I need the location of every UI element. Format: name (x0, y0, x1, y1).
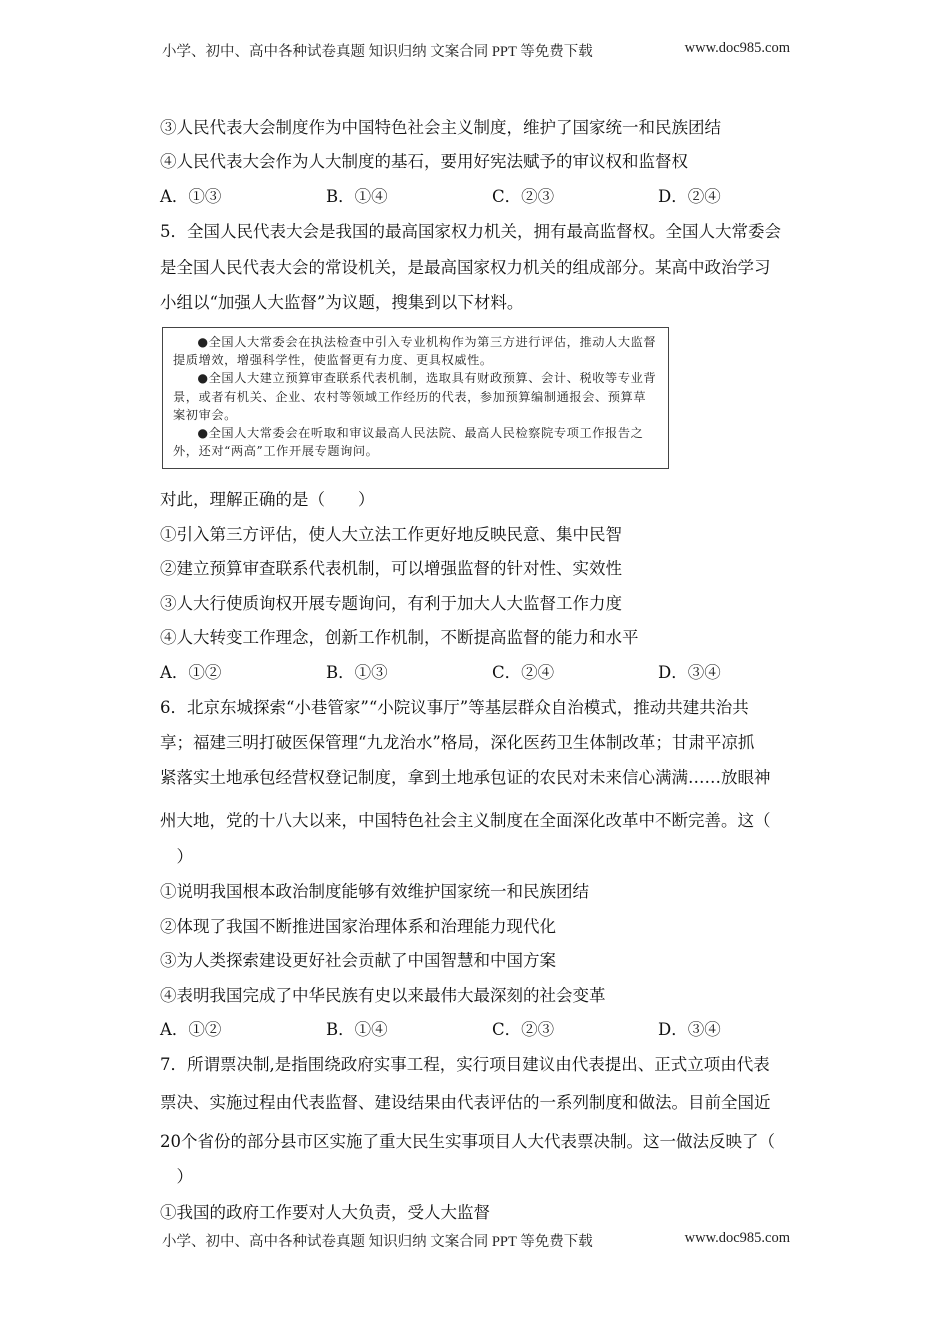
q6-option-a[interactable]: A．①② (160, 1019, 221, 1041)
footer-url: www.doc985.com (685, 1230, 790, 1251)
q5-option-a[interactable]: A．①② (160, 662, 221, 684)
q4-option-d[interactable]: D．②④ (658, 186, 721, 208)
q6-option-c[interactable]: C．②③ (492, 1019, 554, 1041)
q5-statement-2: ②建立预算审查联系代表机制，可以增强监督的针对性、实效性 (160, 558, 800, 580)
material-item-1: ●全国人大常委会在执法检查中引入专业机构作为第三方进行评估，推动人大监督提质增效… (173, 333, 658, 369)
q6-statement-1: ①说明我国根本政治制度能够有效维护国家统一和民族团结 (160, 881, 800, 903)
q4-option-a[interactable]: A．①③ (160, 186, 221, 208)
q5-statement-1: ①引入第三方评估，使人大立法工作更好地反映民意、集中民智 (160, 524, 800, 546)
q5-statement-4: ④人大转变工作理念，创新工作机制，不断提高监督的能力和水平 (160, 627, 800, 649)
q6-option-b[interactable]: B．①④ (326, 1019, 388, 1041)
q7-stem-line-3: 20个省份的部分县市区实施了重大民生实事项目人大代表票决制。这一做法反映了（ (160, 1131, 800, 1153)
material-item-3: ●全国人大常委会在听取和审议最高人民法院、最高人民检察院专项工作报告之外，还对“… (173, 424, 658, 460)
q5-stem-line-1: 5．全国人民代表大会是我国的最高国家权力机关，拥有最高监督权。全国人大常委会 (160, 221, 800, 243)
footer-text: 小学、初中、高中各种试卷真题 知识归纳 文案合同 PPT 等免费下载 (162, 1230, 593, 1251)
q6-stem-line-1: 6．北京东城探索“小巷管家”“小院议事厅”等基层群众自治模式，推动共建共治共 (160, 697, 800, 719)
q5-option-c[interactable]: C．②④ (492, 662, 554, 684)
q4-statement-3: ③人民代表大会制度作为中国特色社会主义制度，维护了国家统一和民族团结 (160, 117, 800, 139)
q5-stem-line-3: 小组以“加强人大监督”为议题，搜集到以下材料。 (160, 292, 800, 314)
q7-statement-1: ①我国的政府工作要对人大负责，受人大监督 (160, 1202, 800, 1224)
material-item-2: ●全国人大建立预算审查联系代表机制，选取具有财政预算、会计、税收等专业背景，或者… (173, 369, 658, 424)
q4-statement-4: ④人民代表大会作为人大制度的基石，要用好宪法赋予的审议权和监督权 (160, 151, 800, 173)
page-header: 小学、初中、高中各种试卷真题 知识归纳 文案合同 PPT 等免费下载 www.d… (162, 40, 790, 61)
q6-statement-2: ②体现了我国不断推进国家治理体系和治理能力现代化 (160, 916, 800, 938)
q5-material-box: ●全国人大常委会在执法检查中引入专业机构作为第三方进行评估，推动人大监督提质增效… (162, 327, 669, 469)
q6-statement-3: ③为人类探索建设更好社会贡献了中国智慧和中国方案 (160, 950, 800, 972)
header-url: www.doc985.com (685, 40, 790, 61)
q5-option-b[interactable]: B．①③ (326, 662, 388, 684)
header-text: 小学、初中、高中各种试卷真题 知识归纳 文案合同 PPT 等免费下载 (162, 40, 593, 61)
q6-statement-4: ④表明我国完成了中华民族有史以来最伟大最深刻的社会变革 (160, 985, 800, 1007)
q5-stem-line-2: 是全国人民代表大会的常设机关，是最高国家权力机关的组成部分。某高中政治学习 (160, 257, 800, 279)
q7-stem-line-2: 票决、实施过程由代表监督、建设结果由代表评估的一系列制度和做法。目前全国近 (160, 1092, 800, 1114)
q6-option-d[interactable]: D．③④ (658, 1019, 721, 1041)
q5-question: 对此，理解正确的是（ ） (160, 489, 800, 511)
q6-stem-line-5: ） (160, 846, 800, 868)
q5-statement-3: ③人大行使质询权开展专题询问，有利于加大人大监督工作力度 (160, 593, 800, 615)
q7-stem-line-4: ） (160, 1166, 800, 1188)
page-footer: 小学、初中、高中各种试卷真题 知识归纳 文案合同 PPT 等免费下载 www.d… (162, 1230, 790, 1251)
q6-stem-line-3: 紧落实土地承包经营权登记制度，拿到土地承包证的农民对未来信心满满……放眼神 (160, 767, 800, 789)
q7-stem-line-1: 7．所谓票决制,是指围绕政府实事工程，实行项目建议由代表提出、正式立项由代表 (160, 1054, 800, 1076)
q5-option-d[interactable]: D．③④ (658, 662, 721, 684)
q4-option-c[interactable]: C．②③ (492, 186, 554, 208)
q6-stem-line-2: 享；福建三明打破医保管理“九龙治水”格局，深化医药卫生体制改革；甘肃平凉抓 (160, 732, 800, 754)
q6-stem-line-4: 州大地，党的十八大以来，中国特色社会主义制度在全面深化改革中不断完善。这（ (160, 810, 800, 832)
q4-option-b[interactable]: B．①④ (326, 186, 388, 208)
